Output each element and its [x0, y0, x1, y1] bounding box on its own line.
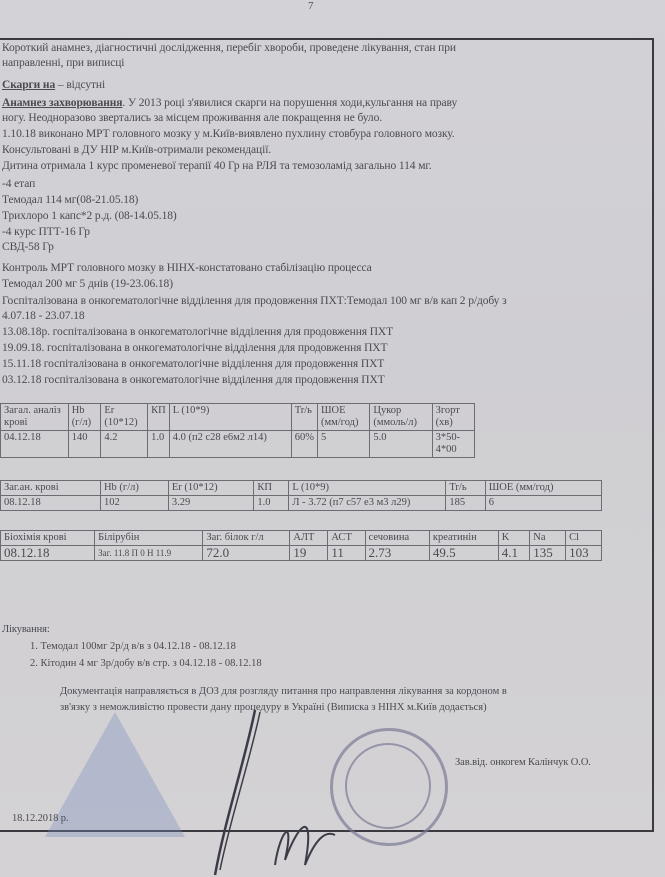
blood-test-table-2: Заг.ан. кровіHb (г/л)Er (10*12)КПL (10*9… [0, 480, 602, 511]
table-row: 04.12.181404.21.04.0 (п2 с28 е6м2 л14)60… [1, 431, 475, 458]
history-line: Контроль МРТ головного мозку в НІНХ-конс… [2, 262, 372, 274]
table-header-row: Загал. аналіз кровіHb (г/л)Er (10*12)КПL… [1, 404, 475, 431]
table-header-row: Біохімія кровіБілірубінЗаг. білок г/лАЛТ… [1, 531, 602, 546]
history-label: Анамнез захворювання [2, 97, 122, 109]
complaints-value: відсутні [66, 79, 105, 91]
complaints-label: Скарги на [2, 79, 55, 91]
signature-icon [185, 700, 365, 877]
history-line: 19.09.18. госпіталізована в онкогематоло… [2, 342, 387, 354]
history-line: Трихлоро 1 капс*2 р.д. (08-14.05.18) [2, 210, 177, 222]
blood-test-table-1: Загал. аналіз кровіHb (г/л)Er (10*12)КПL… [0, 403, 475, 458]
treatment-item: 1. Темодал 100мг 2р/д в/в з 04.12.18 - 0… [30, 641, 236, 652]
history-line: 03.12.18 госпіталізована в онкогематолог… [2, 374, 385, 386]
history-line: СВД-58 Гр [2, 241, 54, 253]
history-line: 4.07.18 - 23.07.18 [2, 310, 85, 322]
history-line: Консультовані в ДУ НІР м.Київ-отримали р… [2, 144, 271, 156]
treatment-label: Лікування: [2, 624, 50, 635]
document-page: 7 Короткий анамнез, діагностичні дослідж… [0, 0, 665, 877]
history-line: 1.10.18 виконано МРТ головного мозку у м… [2, 128, 455, 140]
history-line: Темодал 114 мг(08-21.05.18) [2, 194, 138, 206]
history-line: -4 курс ПТТ-16 Гр [2, 226, 90, 238]
history-line: Анамнез захворювання. У 2013 році з'явил… [2, 97, 457, 109]
page-number: 7 [308, 0, 314, 12]
note-line: Документація направляється в ДОЗ для роз… [60, 686, 507, 697]
history-line: Дитина отримала 1 курс променевої терапі… [2, 160, 432, 172]
biochemistry-table: Біохімія кровіБілірубінЗаг. білок г/лАЛТ… [0, 530, 602, 561]
history-line: -4 етап [2, 178, 35, 190]
history-line: Темодал 200 мг 5 днів (19-23.06.18) [2, 278, 173, 290]
section-title-cont: направленні, при виписці [2, 57, 124, 69]
history-line: Госпіталізована в онкогематологічне відд… [2, 295, 507, 307]
history-line: ногу. Неодноразово звертались за місцем … [2, 112, 382, 124]
history-line: 15.11.18 госпіталізована в онкогематолог… [2, 358, 384, 370]
complaints: Скарги на – відсутні [2, 79, 105, 91]
signature-line: Зав.від. онкогем Калінчук О.О. [455, 757, 591, 768]
table-row: 08.12.181023.291.0Л - 3.72 (п7 с57 е3 м3… [1, 496, 602, 511]
treatment-item: 2. Кітодин 4 мг 3р/добу в/в стр. з 04.12… [30, 658, 262, 669]
history-line: 13.08.18р. госпіталізована в онкогематол… [2, 326, 393, 338]
table-header-row: Заг.ан. кровіHb (г/л)Er (10*12)КПL (10*9… [1, 481, 602, 496]
table-row: 08.12.18Заг. 11.8 П 0 Н 11.972.019112.73… [1, 546, 602, 561]
document-date: 18.12.2018 р. [12, 813, 68, 824]
section-title: Короткий анамнез, діагностичні досліджен… [2, 42, 456, 54]
